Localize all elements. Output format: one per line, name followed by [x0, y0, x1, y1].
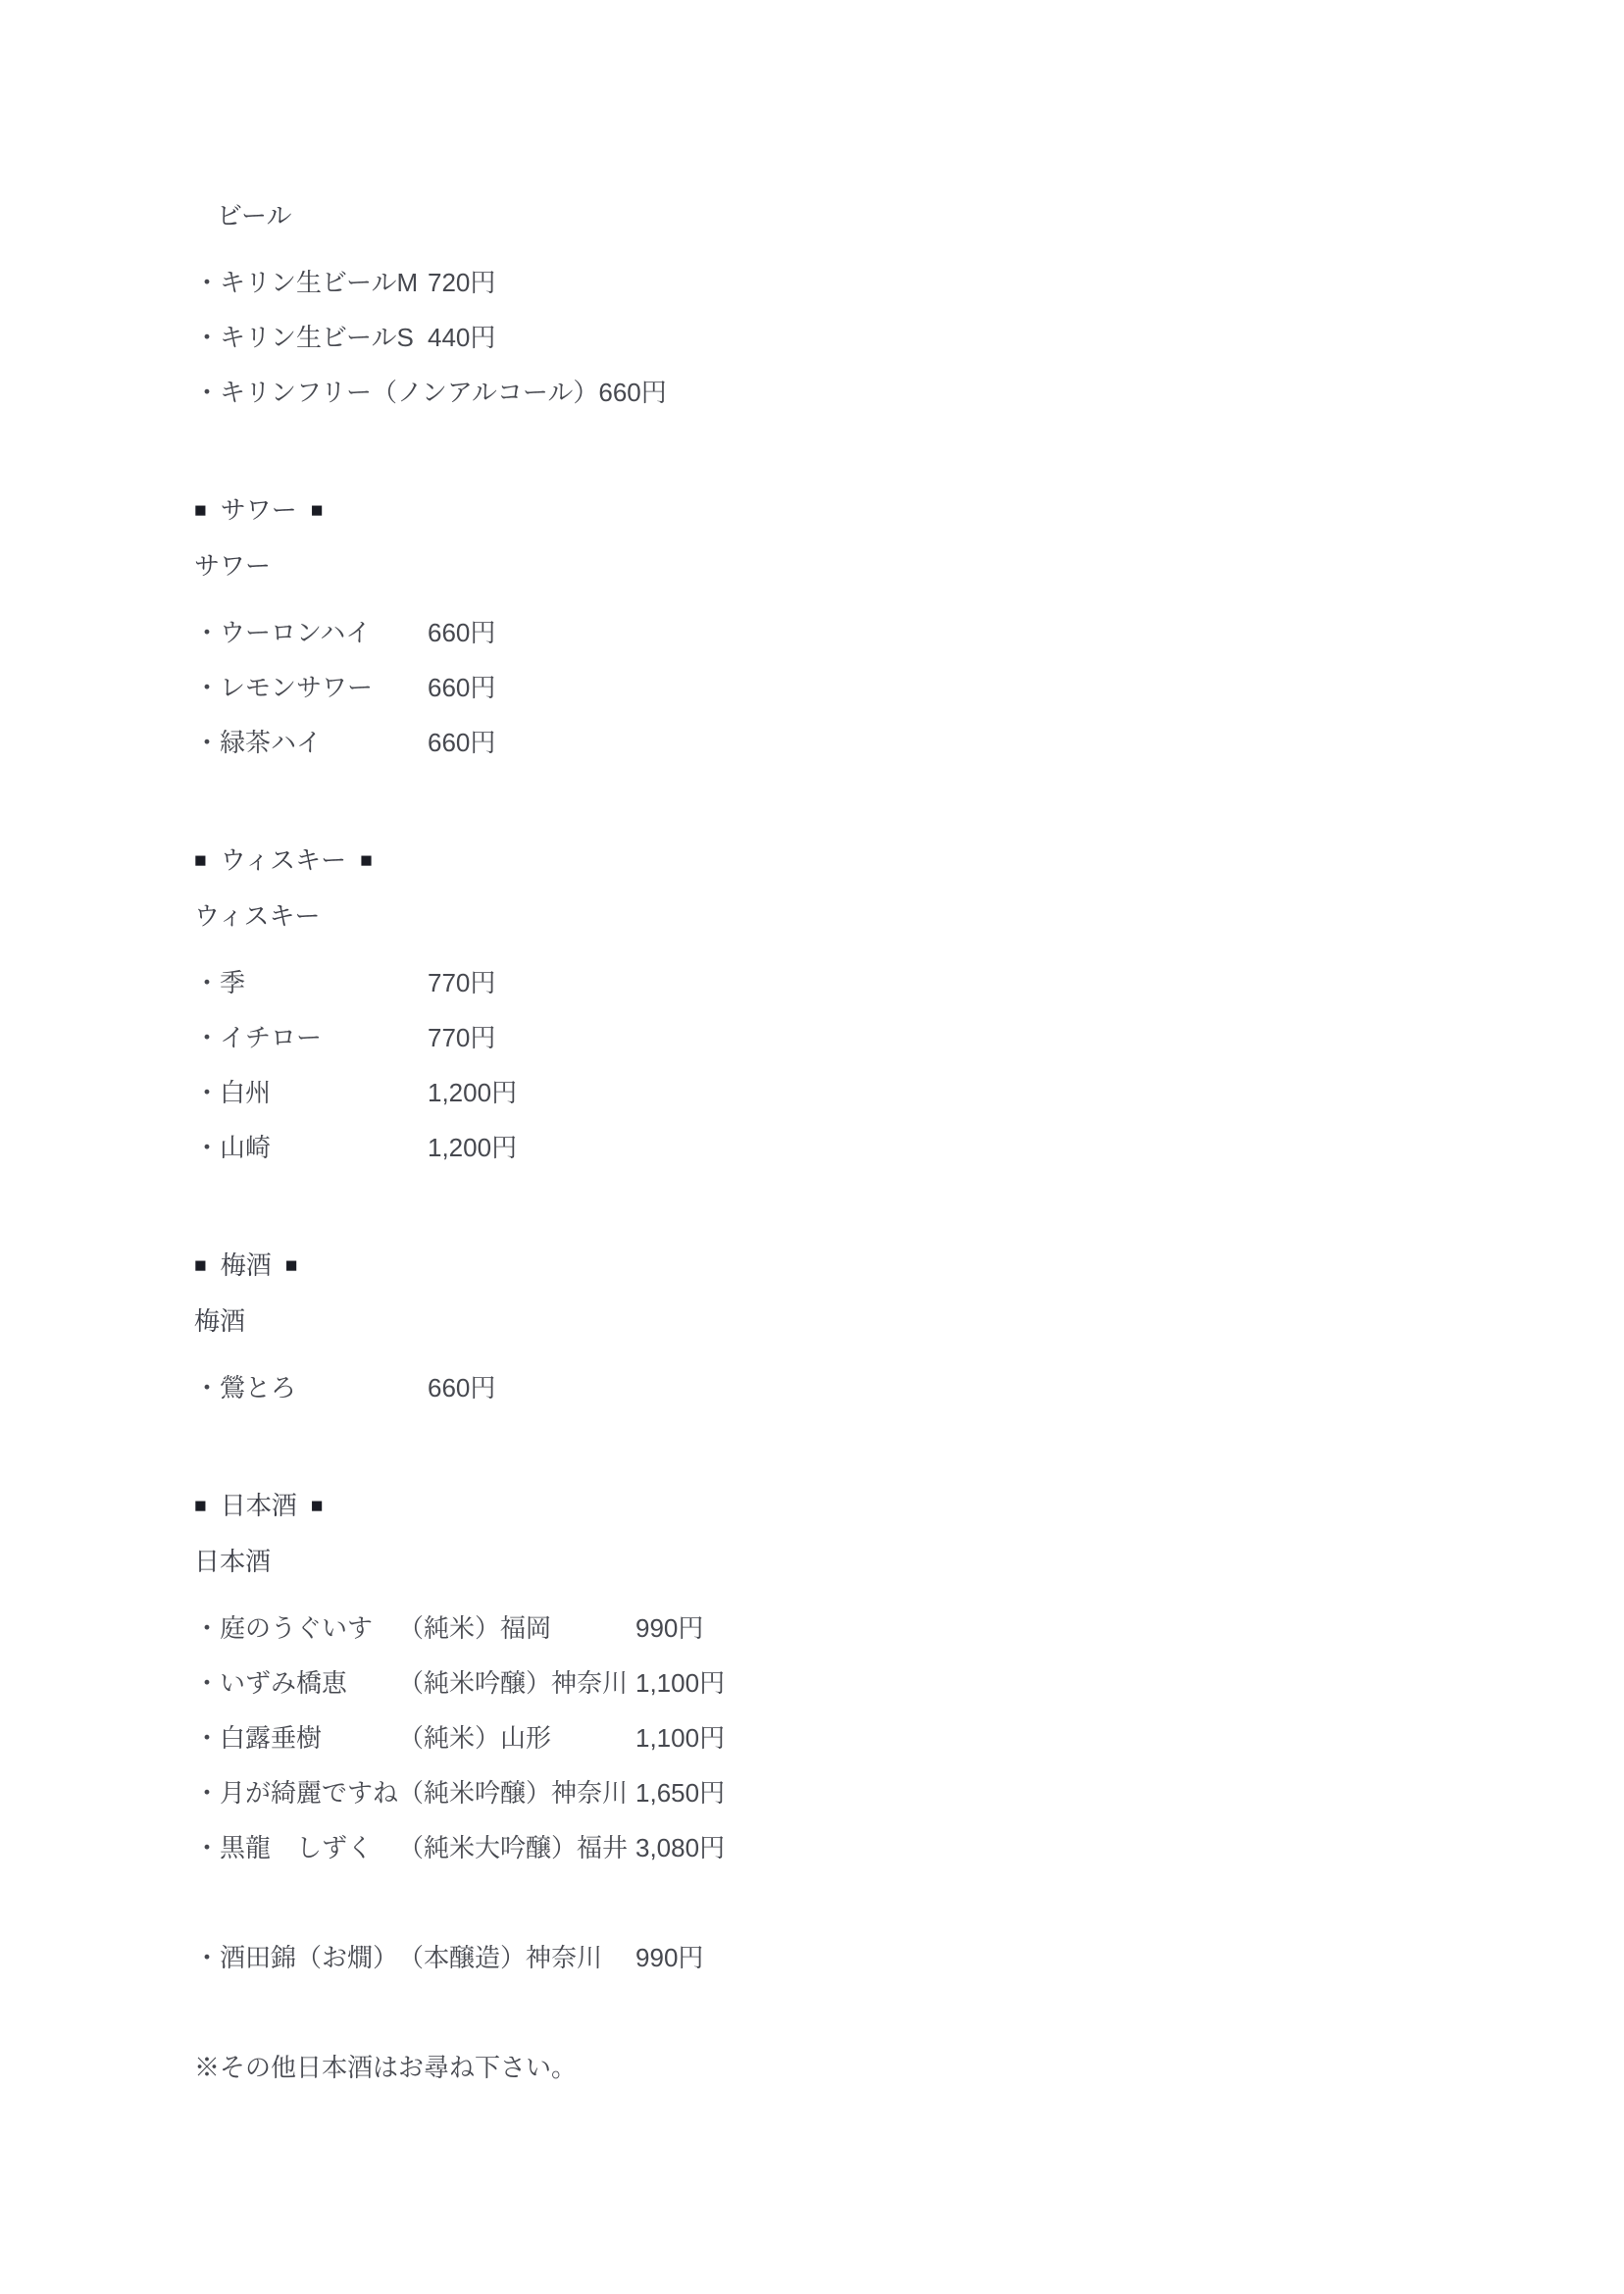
item-name: ・黒龍 しずく	[194, 1820, 398, 1875]
item-price: 990円	[635, 1601, 703, 1656]
item-price: 660円	[428, 605, 495, 660]
menu-sections: ビール・キリン生ビールM720円・キリン生ビールS440円・キリンフリー（ノンア…	[194, 188, 1565, 1985]
section-marker-icon: ■	[194, 1239, 207, 1294]
item-price: 3,080円	[635, 1820, 725, 1875]
menu-item: ・月が綺麗ですね（純米吟醸）神奈川1,650円	[194, 1765, 1565, 1820]
menu-section: ■ウィスキー■ウィスキー・季770円・イチロー770円・白州1,200円・山崎1…	[194, 833, 1565, 1175]
bullet-icon: ・	[194, 1613, 220, 1643]
item-name-text: キリン生ビールM	[220, 268, 418, 297]
menu-item: ・山崎1,200円	[194, 1120, 1565, 1175]
menu-item-list: ・季770円・イチロー770円・白州1,200円・山崎1,200円	[194, 955, 1565, 1175]
item-name-text: 黒龍 しずく	[220, 1833, 373, 1862]
section-header-label: 梅酒	[221, 1250, 272, 1280]
item-name-text: キリン生ビールS	[220, 323, 414, 352]
item-detail: （純米）福岡	[398, 1601, 635, 1656]
section-subtitle: サワー	[194, 538, 1565, 593]
item-name-text: 山崎	[220, 1133, 271, 1162]
menu-item: ・白露垂樹（純米）山形1,100円	[194, 1710, 1565, 1765]
menu-item-list: ・キリン生ビールM720円・キリン生ビールS440円・キリンフリー（ノンアルコー…	[194, 255, 1565, 420]
menu-item: ・ウーロンハイ660円	[194, 605, 1565, 660]
item-price: 1,100円	[635, 1710, 725, 1765]
item-name: ・白州	[194, 1065, 428, 1120]
bullet-icon: ・	[194, 673, 220, 702]
item-name: ・キリン生ビールS	[194, 310, 428, 365]
bullet-icon: ・	[194, 618, 220, 647]
item-name-text: 庭のうぐいす	[220, 1613, 373, 1643]
bullet-icon: ・	[194, 1668, 220, 1698]
section-subtitle: ビール	[194, 188, 1565, 243]
menu-item: ・キリンフリー（ノンアルコール）660円	[194, 365, 1565, 420]
menu-item: ・鶯とろ660円	[194, 1360, 1565, 1415]
menu-item: ・黒龍 しずく（純米大吟醸）福井3,080円	[194, 1820, 1565, 1875]
item-name-text: 酒田錦（お燗）	[220, 1943, 398, 1972]
item-price: 660円	[428, 715, 495, 770]
item-name-text: ウーロンハイ	[220, 618, 371, 647]
section-header: ■梅酒■	[194, 1238, 1565, 1294]
item-name-text: 緑茶ハイ	[220, 728, 322, 757]
bullet-icon: ・	[194, 1133, 220, 1162]
menu-item: ・キリン生ビールS440円	[194, 310, 1565, 365]
bullet-icon: ・	[194, 1373, 220, 1402]
item-name: ・季	[194, 955, 428, 1010]
section-subtitle: 梅酒	[194, 1294, 1565, 1349]
menu-item-list: ・鶯とろ660円	[194, 1360, 1565, 1415]
item-name-text: 鶯とろ	[220, 1373, 296, 1402]
bullet-icon: ・	[194, 968, 220, 997]
bullet-icon: ・	[194, 1833, 220, 1862]
menu-item: ・庭のうぐいす（純米）福岡990円	[194, 1601, 1565, 1656]
section-marker-icon: ■	[360, 834, 373, 889]
bullet-icon: ・	[194, 1943, 220, 1972]
item-name: ・鶯とろ	[194, 1360, 428, 1415]
menu-item: ・酒田錦（お燗）（本醸造）神奈川990円	[194, 1930, 1565, 1985]
menu-section: ビール・キリン生ビールM720円・キリン生ビールS440円・キリンフリー（ノンア…	[194, 188, 1565, 420]
item-name-text: レモンサワー	[220, 673, 373, 702]
item-name-text: キリンフリー（ノンアルコール）	[220, 378, 598, 407]
bullet-icon: ・	[194, 1023, 220, 1052]
item-name-text: イチロー	[220, 1023, 322, 1052]
item-price: 440円	[428, 310, 495, 365]
item-detail: （純米吟醸）神奈川	[398, 1656, 635, 1710]
menu-item: ・いずみ橋恵（純米吟醸）神奈川1,100円	[194, 1656, 1565, 1710]
menu-page: ビール・キリン生ビールM720円・キリン生ビールS440円・キリンフリー（ノンア…	[0, 0, 1624, 2294]
menu-item: ・緑茶ハイ660円	[194, 715, 1565, 770]
menu-item: ・イチロー770円	[194, 1010, 1565, 1065]
section-header: ■日本酒■	[194, 1478, 1565, 1534]
menu-item: ・季770円	[194, 955, 1565, 1010]
item-price: 990円	[635, 1930, 703, 1985]
item-price: 1,650円	[635, 1765, 725, 1820]
item-name-text: 月が綺麗ですね	[220, 1778, 398, 1808]
section-marker-icon: ■	[194, 834, 207, 889]
bullet-icon: ・	[194, 378, 220, 407]
section-header-label: サワー	[221, 495, 297, 525]
section-header: ■ウィスキー■	[194, 833, 1565, 889]
item-name: ・キリン生ビールM	[194, 255, 428, 310]
menu-section: ■サワー■サワー・ウーロンハイ660円・レモンサワー660円・緑茶ハイ660円	[194, 483, 1565, 770]
section-header-label: 日本酒	[221, 1491, 297, 1520]
item-price: 720円	[428, 255, 495, 310]
item-detail: （純米大吟醸）福井	[398, 1820, 635, 1875]
item-detail: （純米吟醸）神奈川	[398, 1765, 635, 1820]
bullet-icon: ・	[194, 728, 220, 757]
section-marker-icon: ■	[285, 1239, 298, 1294]
item-detail: （純米）山形	[398, 1710, 635, 1765]
item-price: 1,200円	[428, 1065, 517, 1120]
bullet-icon: ・	[194, 323, 220, 352]
item-price: 660円	[428, 1360, 495, 1415]
item-price: 660円	[428, 660, 495, 715]
item-price: 770円	[428, 955, 495, 1010]
section-header: ■サワー■	[194, 483, 1565, 538]
menu-section: ■梅酒■梅酒・鶯とろ660円	[194, 1238, 1565, 1415]
item-name: ・ウーロンハイ	[194, 605, 428, 660]
item-name: ・緑茶ハイ	[194, 715, 428, 770]
item-price: 1,100円	[635, 1656, 725, 1710]
menu-item: ・レモンサワー660円	[194, 660, 1565, 715]
item-name: ・山崎	[194, 1120, 428, 1175]
item-name: ・庭のうぐいす	[194, 1601, 398, 1656]
item-price: 770円	[428, 1010, 495, 1065]
item-name: ・いずみ橋恵	[194, 1656, 398, 1710]
item-price: 660円	[598, 365, 666, 420]
menu-item: ・キリン生ビールM720円	[194, 255, 1565, 310]
section-subtitle: 日本酒	[194, 1534, 1565, 1589]
menu-item-list: ・ウーロンハイ660円・レモンサワー660円・緑茶ハイ660円	[194, 605, 1565, 770]
bullet-icon: ・	[194, 1078, 220, 1107]
bullet-icon: ・	[194, 1778, 220, 1808]
bullet-icon: ・	[194, 268, 220, 297]
menu-item: ・白州1,200円	[194, 1065, 1565, 1120]
menu-item-list: ・庭のうぐいす（純米）福岡990円・いずみ橋恵（純米吟醸）神奈川1,100円・白…	[194, 1601, 1565, 1985]
bullet-icon: ・	[194, 1723, 220, 1753]
section-marker-icon: ■	[194, 484, 207, 538]
item-name: ・白露垂樹	[194, 1710, 398, 1765]
item-name: ・酒田錦（お燗）	[194, 1930, 398, 1985]
section-marker-icon: ■	[311, 1479, 324, 1534]
item-name-text: 季	[220, 968, 245, 997]
section-subtitle: ウィスキー	[194, 889, 1565, 943]
menu-section: ■日本酒■日本酒・庭のうぐいす（純米）福岡990円・いずみ橋恵（純米吟醸）神奈川…	[194, 1478, 1565, 1985]
section-marker-icon: ■	[194, 1479, 207, 1534]
item-price: 1,200円	[428, 1120, 517, 1175]
section-marker-icon: ■	[311, 484, 324, 538]
item-detail: （本醸造）神奈川	[398, 1930, 635, 1985]
item-name: ・レモンサワー	[194, 660, 428, 715]
item-name: ・月が綺麗ですね	[194, 1765, 398, 1820]
item-name-text: 白露垂樹	[220, 1723, 322, 1753]
footer-note: ※その他日本酒はお尋ね下さい。	[194, 2040, 1565, 2095]
item-name: ・イチロー	[194, 1010, 428, 1065]
item-name-text: いずみ橋恵	[220, 1668, 347, 1698]
item-name: ・キリンフリー（ノンアルコール）	[194, 365, 598, 420]
item-name-text: 白州	[220, 1078, 271, 1107]
section-header-label: ウィスキー	[221, 845, 346, 875]
